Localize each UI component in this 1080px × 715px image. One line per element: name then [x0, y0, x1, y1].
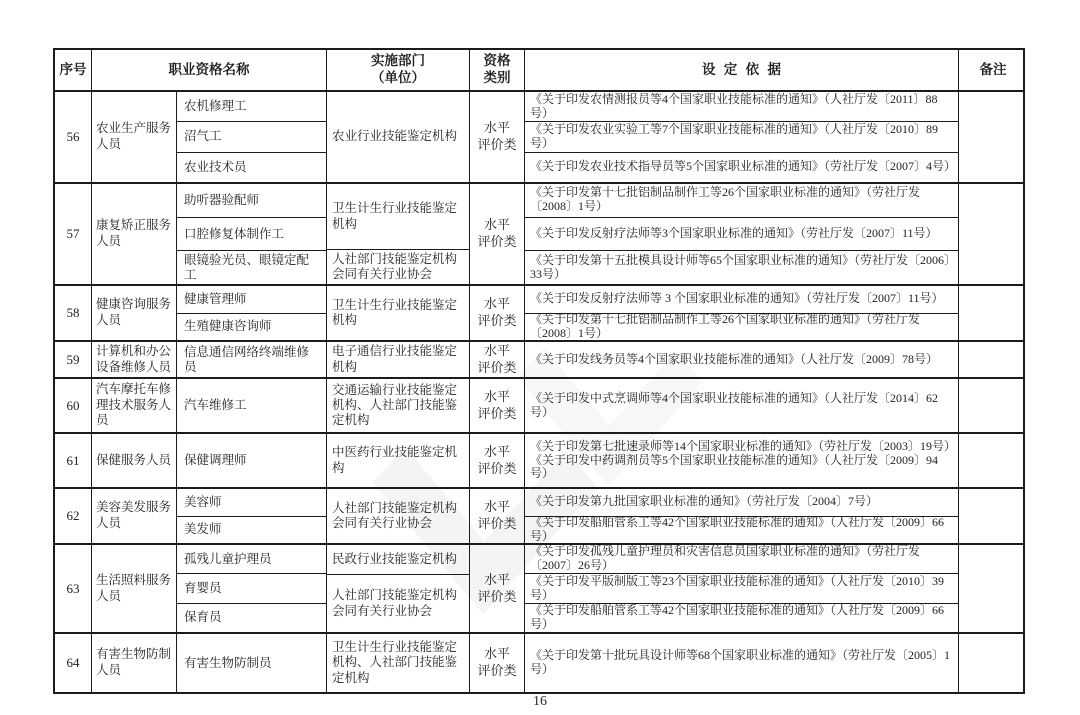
basis-item: 《关于印发第九批国家职业标准的通知》（劳社厅发〔2004〕7号）: [530, 495, 953, 509]
implementing-dept: 民政行业技能鉴定机构: [327, 545, 469, 574]
header-category: 资格 类别: [470, 50, 525, 90]
remark-cell: [959, 379, 1027, 432]
implementing-dept: 交通运输行业技能鉴定机构、人社部门技能鉴定机构: [327, 379, 469, 432]
table-row-57: 57康复矫正服务人员助听器验配师口腔修复体制作工眼镜验光员、眼镜定配工卫生计生行…: [55, 182, 1023, 284]
group-name: 健康咨询服务人员: [92, 286, 177, 340]
basis-cells: 《关于印发反射疗法师等 3 个国家职业标准的通知》（劳社厅发〔2007〕11号）…: [525, 286, 959, 340]
qualification-name: 美发师: [177, 516, 326, 544]
basis-item: 《关于印发孤残儿童护理员和灾害信息员国家职业标准的通知》（劳社厅发〔2007〕2…: [530, 545, 953, 573]
implementing-dept: 卫生计生行业技能鉴定机构、人社部门技能鉴定机构: [327, 634, 469, 692]
table-row-61: 61保健服务人员保健调理师中医药行业技能鉴定机构水平 评价类《关于印发第七批速录…: [55, 432, 1023, 487]
basis-item: 《关于印发反射疗法师等 3 个国家职业标准的通知》（劳社厅发〔2007〕11号）: [530, 292, 953, 306]
qualification-names: 孤残儿童护理员育婴员保育员: [177, 545, 327, 632]
table-row-63: 63生活照料服务人员孤残儿童护理员育婴员保育员民政行业技能鉴定机构人社部门技能鉴…: [55, 543, 1023, 632]
implementing-dept: 人社部门技能鉴定机构会同有关行业协会: [327, 249, 469, 284]
implementing-depts: 卫生计生行业技能鉴定机构: [327, 286, 470, 340]
qualification-category: 水平 评价类: [470, 379, 525, 432]
basis-cell: 《关于印发第十五批模具设计师等65个国家职业标准的通知》（劳社厅发〔2006〕3…: [525, 250, 958, 284]
remark-cell: [959, 545, 1027, 632]
row-number: 56: [55, 92, 92, 182]
basis-cell: 《关于印发船舶管系工等42个国家职业技能标准的通知》（人社厅发〔2009〕66号…: [525, 516, 958, 544]
header-dept: 实施部门 （单位）: [327, 50, 470, 90]
group-name: 汽车摩托车修理技术服务人员: [92, 379, 177, 432]
qualification-name: 育婴员: [177, 573, 326, 602]
basis-item: 《关于印发第十五批模具设计师等65个国家职业标准的通知》（劳社厅发〔2006〕3…: [530, 254, 953, 282]
implementing-dept: 电子通信行业技能鉴定机构: [327, 342, 469, 377]
header-remark: 备注: [959, 50, 1027, 90]
row-number: 58: [55, 286, 92, 340]
qualification-category: 水平 评价类: [470, 92, 525, 182]
group-name: 农业生产服务人员: [92, 92, 177, 182]
remark-cell: [959, 634, 1027, 692]
basis-cells: 《关于印发线务员等4个国家职业技能标准的通知》（人社厅发〔2009〕78号）: [525, 342, 959, 377]
implementing-dept: 卫生计生行业技能鉴定机构: [327, 286, 469, 340]
qualification-name: 健康管理师: [177, 286, 326, 313]
document-page: 序号 职业资格名称 实施部门 （单位） 资格 类别 设定依据 备注 56农业生产…: [0, 0, 1080, 715]
qualification-category: 水平 评价类: [470, 434, 525, 487]
qualification-names: 保健调理师: [177, 434, 327, 487]
row-number: 57: [55, 184, 92, 284]
remark-cell: [959, 434, 1027, 487]
qualification-names: 健康管理师生殖健康咨询师: [177, 286, 327, 340]
remark-cell: [959, 184, 1027, 284]
qualification-names: 汽车维修工: [177, 379, 327, 432]
qualification-name: 孤残儿童护理员: [177, 545, 326, 573]
basis-cell: 《关于印发中式烹调师等4个国家职业技能标准的通知》（人社厅发〔2014〕62号）: [525, 379, 958, 432]
remark-cell: [959, 342, 1027, 377]
qualification-name: 助听器验配师: [177, 184, 326, 217]
row-number: 60: [55, 379, 92, 432]
basis-cell: 《关于印发反射疗法师等3个国家职业标准的通知》（劳社厅发〔2007〕11号）: [525, 217, 958, 251]
qualification-names: 助听器验配师口腔修复体制作工眼镜验光员、眼镜定配工: [177, 184, 327, 284]
page-number: 16: [0, 694, 1080, 710]
qualification-category: 水平 评价类: [470, 634, 525, 692]
qualification-name: 保育员: [177, 603, 326, 632]
row-number: 59: [55, 342, 92, 377]
implementing-depts: 卫生计生行业技能鉴定机构、人社部门技能鉴定机构: [327, 634, 470, 692]
qualification-names: 信息通信网络终端维修员: [177, 342, 327, 377]
table-body: 56农业生产服务人员农机修理工沼气工农业技术员农业行业技能鉴定机构水平 评价类《…: [55, 90, 1023, 692]
implementing-depts: 卫生计生行业技能鉴定机构人社部门技能鉴定机构会同有关行业协会: [327, 184, 470, 284]
basis-item: 《关于印发农情测报员等4个国家职业技能标准的通知》（人社厅发〔2011〕88号）: [530, 93, 953, 121]
table-row-60: 60汽车摩托车修理技术服务人员汽车维修工交通运输行业技能鉴定机构、人社部门技能鉴…: [55, 377, 1023, 432]
row-number: 64: [55, 634, 92, 692]
table-row-64: 64有害生物防制人员有害生物防制员卫生计生行业技能鉴定机构、人社部门技能鉴定机构…: [55, 632, 1023, 692]
qualification-category: 水平 评价类: [470, 184, 525, 284]
basis-item: 《关于印发反射疗法师等3个国家职业标准的通知》（劳社厅发〔2007〕11号）: [530, 227, 953, 241]
qualification-name: 信息通信网络终端维修员: [177, 342, 326, 377]
qualification-names: 美容师美发师: [177, 489, 327, 543]
group-name: 有害生物防制人员: [92, 634, 177, 692]
group-name: 计算机和办公设备维修人员: [92, 342, 177, 377]
header-no: 序号: [55, 50, 92, 90]
basis-item: 《关于印发中药调剂员等5个国家职业技能标准的通知》（人社厅发〔2009〕94号）: [530, 454, 953, 482]
table-row-59: 59计算机和办公设备维修人员信息通信网络终端维修员电子通信行业技能鉴定机构水平 …: [55, 340, 1023, 377]
qualification-name: 口腔修复体制作工: [177, 217, 326, 251]
qualification-table: 序号 职业资格名称 实施部门 （单位） 资格 类别 设定依据 备注 56农业生产…: [53, 48, 1025, 694]
header-name: 职业资格名称: [92, 50, 327, 90]
implementing-dept: 卫生计生行业技能鉴定机构: [327, 184, 469, 249]
implementing-dept: 人社部门技能鉴定机构会同有关行业协会: [327, 489, 469, 543]
basis-cell: 《关于印发第十七批铝制品制作工等26个国家职业标准的通知》（劳社厅发〔2008〕…: [525, 313, 958, 341]
basis-cell: 《关于印发第九批国家职业标准的通知》（劳社厅发〔2004〕7号）: [525, 489, 958, 516]
row-number: 61: [55, 434, 92, 487]
implementing-depts: 民政行业技能鉴定机构人社部门技能鉴定机构会同有关行业协会: [327, 545, 470, 632]
basis-item: 《关于印发第十七批铝制品制作工等26个国家职业标准的通知》（劳社厅发〔2008〕…: [530, 186, 953, 214]
qualification-category: 水平 评价类: [470, 342, 525, 377]
qualification-name: 保健调理师: [177, 434, 326, 487]
remark-cell: [959, 92, 1027, 182]
qualification-category: 水平 评价类: [470, 545, 525, 632]
row-number: 63: [55, 545, 92, 632]
basis-item: 《关于印发船舶管系工等42个国家职业技能标准的通知》（人社厅发〔2009〕66号…: [530, 516, 953, 544]
table-row-62: 62美容美发服务人员美容师美发师人社部门技能鉴定机构会同有关行业协会水平 评价类…: [55, 487, 1023, 543]
implementing-depts: 农业行业技能鉴定机构: [327, 92, 470, 182]
basis-item: 《关于印发第十批玩具设计师等68个国家职业标准的通知》（劳社厅发〔2005〕1号…: [530, 649, 953, 677]
basis-cell: 《关于印发第十七批铝制品制作工等26个国家职业标准的通知》（劳社厅发〔2008〕…: [525, 184, 958, 217]
basis-cell: 《关于印发第七批速录师等14个国家职业标准的通知》（劳社厅发〔2003〕19号）…: [525, 434, 958, 487]
basis-cell: 《关于印发第十批玩具设计师等68个国家职业标准的通知》（劳社厅发〔2005〕1号…: [525, 634, 958, 692]
implementing-depts: 交通运输行业技能鉴定机构、人社部门技能鉴定机构: [327, 379, 470, 432]
qualification-name: 有害生物防制员: [177, 634, 326, 692]
basis-cells: 《关于印发第十批玩具设计师等68个国家职业标准的通知》（劳社厅发〔2005〕1号…: [525, 634, 959, 692]
basis-cell: 《关于印发农业技术指导员等5个国家职业标准的通知》（劳社厅发〔2007〕4号）: [525, 152, 958, 182]
qualification-name: 眼镜验光员、眼镜定配工: [177, 250, 326, 284]
implementing-depts: 人社部门技能鉴定机构会同有关行业协会: [327, 489, 470, 543]
basis-item: 《关于印发平版制版工等23个国家职业技能标准的通知》（人社厅发〔2010〕39号…: [530, 575, 953, 603]
remark-cell: [959, 286, 1027, 340]
implementing-dept: 农业行业技能鉴定机构: [327, 92, 469, 182]
qualification-name: 农机修理工: [177, 92, 326, 121]
implementing-dept: 人社部门技能鉴定机构会同有关行业协会: [327, 574, 469, 632]
basis-item: 《关于印发第十七批铝制品制作工等26个国家职业标准的通知》（劳社厅发〔2008〕…: [530, 313, 953, 341]
basis-cells: 《关于印发孤残儿童护理员和灾害信息员国家职业标准的通知》（劳社厅发〔2007〕2…: [525, 545, 959, 632]
qualification-name: 沼气工: [177, 121, 326, 151]
basis-item: 《关于印发农业技术指导员等5个国家职业标准的通知》（劳社厅发〔2007〕4号）: [530, 160, 953, 174]
basis-cells: 《关于印发第七批速录师等14个国家职业标准的通知》（劳社厅发〔2003〕19号）…: [525, 434, 959, 487]
basis-cell: 《关于印发农业实验工等7个国家职业技能标准的通知》（人社厅发〔2010〕89号）: [525, 121, 958, 151]
qualification-category: 水平 评价类: [470, 286, 525, 340]
basis-item: 《关于印发船舶管系工等42个国家职业技能标准的通知》（人社厅发〔2009〕66号…: [530, 604, 953, 632]
basis-cells: 《关于印发中式烹调师等4个国家职业技能标准的通知》（人社厅发〔2014〕62号）: [525, 379, 959, 432]
basis-cell: 《关于印发平版制版工等23个国家职业技能标准的通知》（人社厅发〔2010〕39号…: [525, 573, 958, 602]
qualification-category: 水平 评价类: [470, 489, 525, 543]
basis-cell: 《关于印发反射疗法师等 3 个国家职业标准的通知》（劳社厅发〔2007〕11号）: [525, 286, 958, 313]
header-basis: 设定依据: [525, 50, 959, 90]
table-row-56: 56农业生产服务人员农机修理工沼气工农业技术员农业行业技能鉴定机构水平 评价类《…: [55, 90, 1023, 182]
table-row-58: 58健康咨询服务人员健康管理师生殖健康咨询师卫生计生行业技能鉴定机构水平 评价类…: [55, 284, 1023, 340]
group-name: 美容美发服务人员: [92, 489, 177, 543]
implementing-depts: 电子通信行业技能鉴定机构: [327, 342, 470, 377]
remark-cell: [959, 489, 1027, 543]
implementing-depts: 中医药行业技能鉴定机构: [327, 434, 470, 487]
qualification-name: 生殖健康咨询师: [177, 313, 326, 341]
basis-cells: 《关于印发第九批国家职业标准的通知》（劳社厅发〔2004〕7号）《关于印发船舶管…: [525, 489, 959, 543]
basis-item: 《关于印发中式烹调师等4个国家职业技能标准的通知》（人社厅发〔2014〕62号）: [530, 392, 953, 420]
basis-item: 《关于印发农业实验工等7个国家职业技能标准的通知》（人社厅发〔2010〕89号）: [530, 123, 953, 151]
group-name: 保健服务人员: [92, 434, 177, 487]
basis-item: 《关于印发线务员等4个国家职业技能标准的通知》（人社厅发〔2009〕78号）: [530, 353, 953, 367]
group-name: 生活照料服务人员: [92, 545, 177, 632]
basis-cell: 《关于印发船舶管系工等42个国家职业技能标准的通知》（人社厅发〔2009〕66号…: [525, 603, 958, 632]
qualification-names: 有害生物防制员: [177, 634, 327, 692]
table-header-row: 序号 职业资格名称 实施部门 （单位） 资格 类别 设定依据 备注: [55, 50, 1023, 90]
qualification-name: 汽车维修工: [177, 379, 326, 432]
basis-cells: 《关于印发第十七批铝制品制作工等26个国家职业标准的通知》（劳社厅发〔2008〕…: [525, 184, 959, 284]
basis-item: 《关于印发第七批速录师等14个国家职业标准的通知》（劳社厅发〔2003〕19号）: [530, 440, 953, 454]
qualification-name: 美容师: [177, 489, 326, 516]
row-number: 62: [55, 489, 92, 543]
group-name: 康复矫正服务人员: [92, 184, 177, 284]
qualification-names: 农机修理工沼气工农业技术员: [177, 92, 327, 182]
basis-cell: 《关于印发线务员等4个国家职业技能标准的通知》（人社厅发〔2009〕78号）: [525, 342, 958, 377]
implementing-dept: 中医药行业技能鉴定机构: [327, 434, 469, 487]
basis-cell: 《关于印发农情测报员等4个国家职业技能标准的通知》（人社厅发〔2011〕88号）: [525, 92, 958, 121]
basis-cells: 《关于印发农情测报员等4个国家职业技能标准的通知》（人社厅发〔2011〕88号）…: [525, 92, 959, 182]
basis-cell: 《关于印发孤残儿童护理员和灾害信息员国家职业标准的通知》（劳社厅发〔2007〕2…: [525, 545, 958, 573]
qualification-name: 农业技术员: [177, 152, 326, 182]
